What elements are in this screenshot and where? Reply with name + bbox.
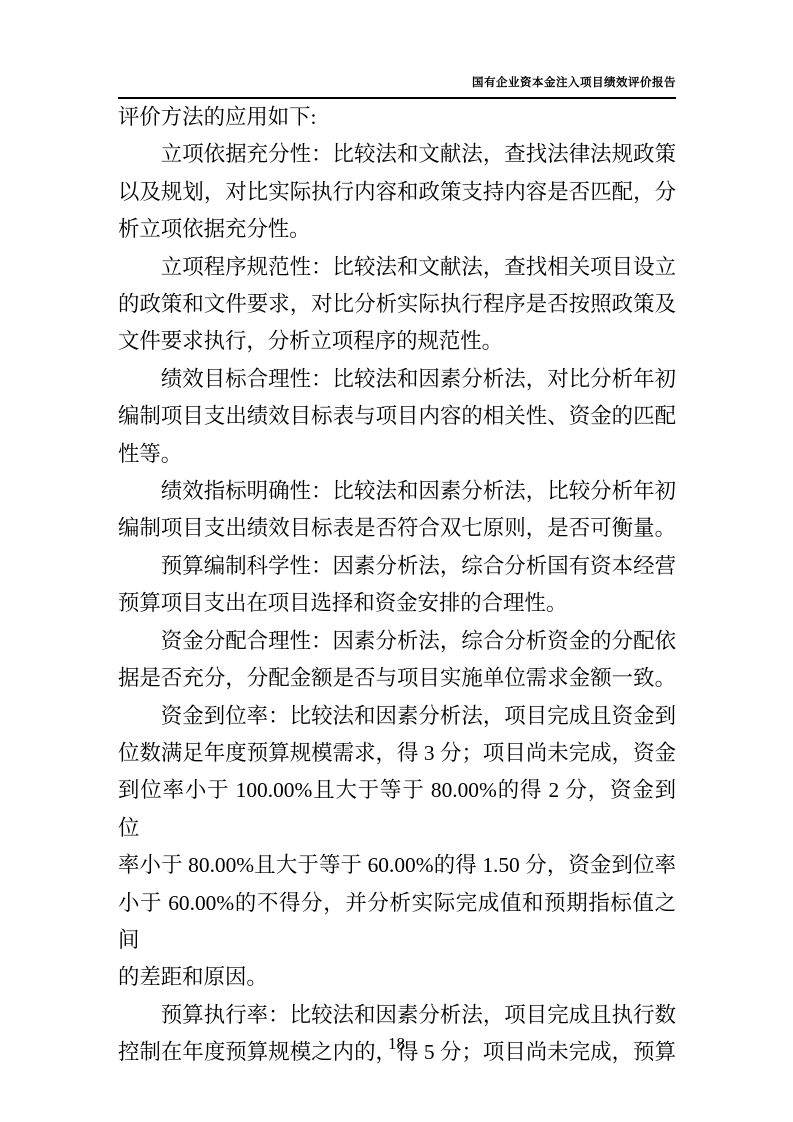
document-body: 评价方法的应用如下:立项依据充分性：比较法和文献法，查找法律法规政策以及规划，对… (118, 99, 676, 1072)
text-line: 立项依据充分性：比较法和文献法，查找法律法规政策 (118, 136, 676, 173)
text-line: 析立项依据充分性。 (118, 211, 676, 248)
text-line: 绩效目标合理性：比较法和因素分析法，对比分析年初 (118, 361, 676, 398)
text-line: 以及规划，对比实际执行内容和政策支持内容是否匹配，分 (118, 174, 676, 211)
text-line: 预算执行率：比较法和因素分析法，项目完成且执行数 (118, 997, 676, 1034)
text-line: 绩效指标明确性：比较法和因素分析法，比较分析年初 (118, 473, 676, 510)
text-line: 立项程序规范性：比较法和文献法，查找相关项目设立 (118, 249, 676, 286)
text-line: 编制项目支出绩效目标表与项目内容的相关性、资金的匹配 (118, 398, 676, 435)
text-line: 的差距和原因。 (118, 959, 676, 996)
text-line: 资金到位率：比较法和因素分析法，项目完成且资金到 (118, 698, 676, 735)
text-line: 资金分配合理性：因素分析法，综合分析资金的分配依 (118, 623, 676, 660)
page-number: 18 (0, 1034, 793, 1054)
text-line: 位数满足年度预算规模需求，得 3 分；项目尚未完成，资金 (118, 735, 676, 772)
text-line: 预算项目支出在项目选择和资金安排的合理性。 (118, 585, 676, 622)
text-line: 的政策和文件要求，对比分析实际执行程序是否按照政策及 (118, 286, 676, 323)
text-line: 据是否充分，分配金额是否与项目实施单位需求金额一致。 (118, 660, 676, 697)
text-line: 编制项目支出绩效目标表是否符合双七原则，是否可衡量。 (118, 510, 676, 547)
text-line: 性等。 (118, 436, 676, 473)
text-line: 小于 60.00%的不得分，并分析实际完成值和预期指标值之间 (118, 885, 676, 960)
header-title: 国有企业资本金注入项目绩效评价报告 (472, 77, 676, 89)
document-page: 国有企业资本金注入项目绩效评价报告 评价方法的应用如下:立项依据充分性：比较法和… (0, 0, 793, 1122)
page-header: 国有企业资本金注入项目绩效评价报告 (118, 74, 676, 99)
text-line: 评价方法的应用如下: (118, 99, 676, 136)
text-line: 文件要求执行，分析立项程序的规范性。 (118, 323, 676, 360)
text-line: 预算编制科学性：因素分析法，综合分析国有资本经营 (118, 548, 676, 585)
text-line: 率小于 80.00%且大于等于 60.00%的得 1.50 分，资金到位率 (118, 847, 676, 884)
text-line: 到位率小于 100.00%且大于等于 80.00%的得 2 分，资金到位 (118, 772, 676, 847)
